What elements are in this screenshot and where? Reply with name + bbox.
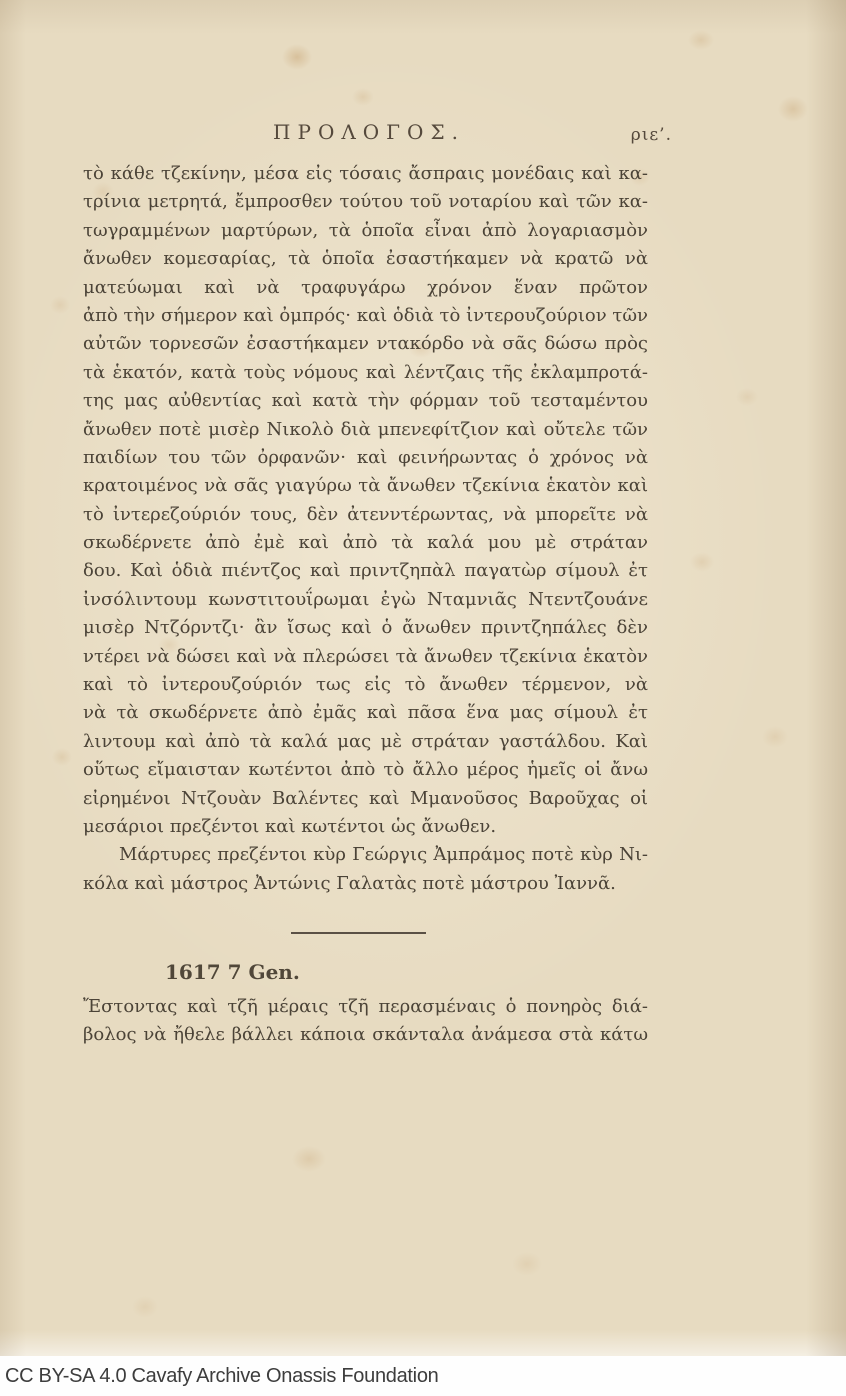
text-line: ἰνσόλιντουμ κωνστιτουΐρωμαι ἐγὼ Νταμνιᾶς… <box>83 586 648 614</box>
text-line: μισὲρ Ντζόρντζι· ἂν ἴσως καὶ ὁ ἄνωθεν πρ… <box>83 614 648 642</box>
text-line: ματεύωμαι καὶ νὰ τραφυγάρω χρόνον ἕναν π… <box>83 274 648 302</box>
running-header: ΠΡΟΛΟΓΟΣ. ριε’. <box>83 118 648 160</box>
text-line: καὶ τὸ ἰντερουζούριόν τως εἰς τὸ ἄνωθεν … <box>83 671 648 699</box>
text-line: νὰ τὰ σκωδέρνετε ἀπὸ ἐμᾶς καὶ πᾶσα ἕνα μ… <box>83 699 648 727</box>
text-line: δου. Καὶ ὁδιὰ πιέντζος καὶ πριντζηπὰλ πα… <box>83 557 648 585</box>
text-line: αὐτῶν τορνεσῶν ἐσαστήκαμεν ντακόρδο νὰ σ… <box>83 330 648 358</box>
text-line: Ἔστοντας καὶ τζῆ μέραις τζῆ περασμέναις … <box>83 993 648 1021</box>
text-line: κόλα καὶ μάστρος Ἀντώνις Γαλατὰς ποτὲ μά… <box>83 870 648 898</box>
text-line: ἄνωθεν ποτὲ μισὲρ Νικολὸ διὰ μπενεφίτζιο… <box>83 416 648 444</box>
license-bar: CC BY-SA 4.0 Cavafy Archive Onassis Foun… <box>0 1356 846 1396</box>
text-line: τὸ ἰντερεζούριόν τους, δὲν ἀτενντέρωντας… <box>83 501 648 529</box>
page-title: ΠΡΟΛΟΓΟΣ. <box>273 120 465 144</box>
paragraph: τὸ κάθε τζεκίνην, μέσα εἰς τόσαις ἄσπραι… <box>83 160 648 841</box>
text-line: κρατοιμένος νὰ σᾶς γιαγύρω τὰ ἄνωθεν τζε… <box>83 472 648 500</box>
text-line: λιντουμ καὶ ἀπὸ τὰ καλά μας μὲ στράταν γ… <box>83 728 648 756</box>
section-divider <box>291 932 426 934</box>
license-caption: CC BY-SA 4.0 Cavafy Archive Onassis Foun… <box>0 1365 438 1388</box>
text-line: εἰρημένοι Ντζουὰν Βαλέντες καὶ Μμανοῦσος… <box>83 785 648 813</box>
book-page-scan: ΠΡΟΛΟΓΟΣ. ριε’. τὸ κάθε τζεκίνην, μέσα ε… <box>0 0 846 1356</box>
text-line: τὸ κάθε τζεκίνην, μέσα εἰς τόσαις ἄσπραι… <box>83 160 648 188</box>
text-block: ΠΡΟΛΟΓΟΣ. ριε’. τὸ κάθε τζεκίνην, μέσα ε… <box>83 118 648 1049</box>
text-line: ἄνωθεν κομεσαρίας, τὰ ὁποῖα ἐσαστήκαμεν … <box>83 245 648 273</box>
text-line: ἀπὸ τὴν σήμερον καὶ ὀμπρός· καὶ ὁδιὰ τὸ … <box>83 302 648 330</box>
text-line: παιδίων του τῶν ὀρφανῶν· καὶ φεινήρωντας… <box>83 444 648 472</box>
text-line: ντέρει νὰ δώσει καὶ νὰ πλερώσει τὰ ἄνωθε… <box>83 643 648 671</box>
text-line: τωγραμμένων μαρτύρων, τὰ ὁποῖα εἶναι ἀπὸ… <box>83 217 648 245</box>
text-line: τὰ ἑκατόν, κατὰ τοὺς νόμους καὶ λέντζαις… <box>83 359 648 387</box>
date-heading: 1617 7 Gen. <box>165 958 648 986</box>
text-line: της μας αὐθεντίας καὶ κατὰ τὴν φόρμαν το… <box>83 387 648 415</box>
page-number: ριε’. <box>631 121 672 149</box>
text-line: τρίνια μετρητά, ἔμπροσθεν τούτου τοῦ νοτ… <box>83 188 648 216</box>
paragraph: Ἔστοντας καὶ τζῆ μέραις τζῆ περασμέναις … <box>83 993 648 1050</box>
text-line: μεσάριοι πρεζέντοι καὶ κωτέντοι ὡς ἄνωθε… <box>83 813 648 841</box>
text-line: σκωδέρνετε ἀπὸ ἐμὲ καὶ ἀπὸ τὰ καλά μου μ… <box>83 529 648 557</box>
text-line: βολος νὰ ἤθελε βάλλει κάποια σκάνταλα ἀν… <box>83 1021 648 1049</box>
text-line: οὕτως εἴμαισταν κωτέντοι ἀπὸ τὸ ἄλλο μέρ… <box>83 756 648 784</box>
paragraph: Μάρτυρες πρεζέντοι κὺρ Γεώργις Ἀμπράμος … <box>83 841 648 898</box>
text-line: Μάρτυρες πρεζέντοι κὺρ Γεώργις Ἀμπράμος … <box>83 841 648 869</box>
page-body: τὸ κάθε τζεκίνην, μέσα εἰς τόσαις ἄσπραι… <box>83 160 648 1049</box>
